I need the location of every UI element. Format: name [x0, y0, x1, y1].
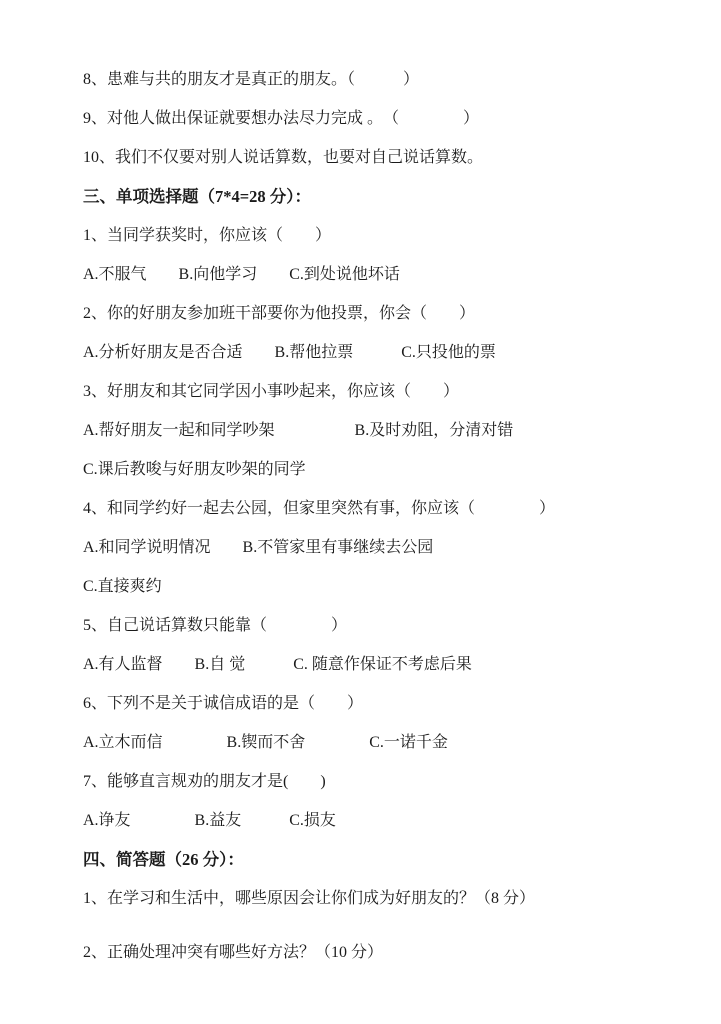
judge-item-9: 9、对他人做出保证就要想办法尽力完成 。 （ ） — [83, 109, 666, 129]
mc-question-4: 4、和同学约好一起去公园，但家里突然有事，你应该（ ） — [83, 499, 666, 519]
mc-options-3-c: C.课后教唆与好朋友吵架的同学 — [83, 460, 666, 480]
mc-options-3-ab: A.帮好朋友一起和同学吵架 B.及时劝阻，分清对错 — [83, 421, 666, 441]
document-body: 8、患难与共的朋友才是真正的朋友。（ ）9、对他人做出保证就要想办法尽力完成 。… — [0, 0, 721, 963]
short-answer-question-1: 1、在学习和生活中，哪些原因会让你们成为好朋友的？（8 分） — [83, 889, 666, 909]
section-4-heading: 四、简答题（26 分）： — [83, 850, 666, 870]
mc-options-5: A.有人监督 B.自 觉 C. 随意作保证不考虑后果 — [83, 655, 666, 675]
mc-options-1: A.不服气 B.向他学习 C.到处说他坏话 — [83, 265, 666, 285]
mc-question-1: 1、当同学获奖时，你应该（ ） — [83, 226, 666, 246]
mc-question-2: 2、你的好朋友参加班干部要你为他投票，你会（ ） — [83, 304, 666, 324]
mc-question-5: 5、自己说话算数只能靠（ ） — [83, 616, 666, 636]
mc-question-3: 3、好朋友和其它同学因小事吵起来，你应该（ ） — [83, 382, 666, 402]
mc-options-2: A.分析好朋友是否合适 B.帮他拉票 C.只投他的票 — [83, 343, 666, 363]
short-answer-question-2: 2、正确处理冲突有哪些好方法？（10 分） — [83, 943, 666, 963]
exam-page: 8、患难与共的朋友才是真正的朋友。（ ）9、对他人做出保证就要想办法尽力完成 。… — [0, 0, 721, 1024]
mc-options-6: A.立木而信 B.锲而不舍 C.一诺千金 — [83, 733, 666, 753]
mc-options-4-c: C.直接爽约 — [83, 577, 666, 597]
section-3-heading: 三、单项选择题（7*4=28 分）： — [83, 187, 666, 207]
mc-question-6: 6、下列不是关于诚信成语的是（ ） — [83, 694, 666, 714]
mc-options-4-ab: A.和同学说明情况 B.不管家里有事继续去公园 — [83, 538, 666, 558]
judge-item-10: 10、我们不仅要对别人说话算数，也要对自己说话算数。 — [83, 148, 666, 168]
mc-options-7: A.诤友 B.益友 C.损友 — [83, 811, 666, 831]
judge-item-8: 8、患难与共的朋友才是真正的朋友。（ ） — [83, 70, 666, 90]
mc-question-7: 7、能够直言规劝的朋友才是( ) — [83, 772, 666, 792]
